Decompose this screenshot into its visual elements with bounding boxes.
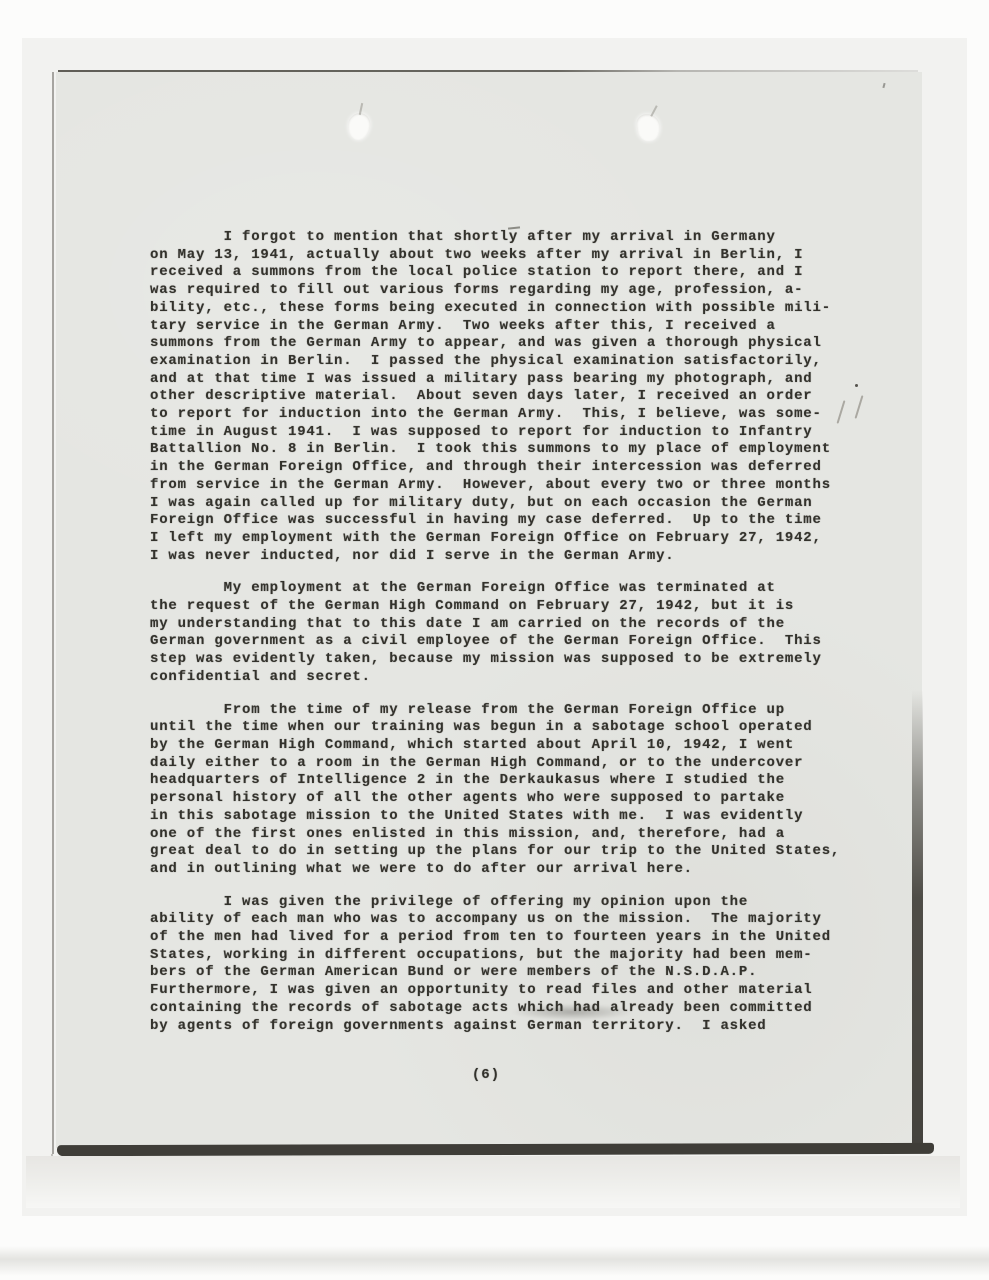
text-line: in the German Foreign Office, and throug… bbox=[150, 459, 856, 477]
text-line: containing the records of sabotage acts … bbox=[150, 1000, 856, 1018]
text-line: bers of the German American Bund or were… bbox=[150, 964, 856, 982]
scan-speck bbox=[882, 83, 885, 88]
page-edge-top bbox=[58, 70, 918, 72]
text-line: and in outlining what we were to do afte… bbox=[150, 861, 856, 879]
text-line: I left my employment with the German For… bbox=[150, 530, 856, 548]
hole-punch-right bbox=[636, 113, 662, 142]
scan-band-below-page bbox=[26, 1156, 960, 1208]
text-line: German government as a civil employee of… bbox=[150, 633, 856, 651]
paragraph: From the time of my release from the Ger… bbox=[150, 702, 856, 879]
text-line: My employment at the German Foreign Offi… bbox=[150, 580, 856, 598]
text-line: tary service in the German Army. Two wee… bbox=[150, 318, 856, 336]
text-line: from service in the German Army. However… bbox=[150, 477, 856, 495]
text-line: examination in Berlin. I passed the phys… bbox=[150, 353, 856, 371]
paragraph: I was given the privilege of offering my… bbox=[150, 894, 856, 1036]
hole-punch-left bbox=[346, 112, 371, 141]
page-edge-bottom-shadow bbox=[57, 1143, 934, 1156]
document-text: I forgot to mention that shortly after m… bbox=[150, 229, 856, 1035]
text-line: bility, etc., these forms being executed… bbox=[150, 300, 856, 318]
document-page: I forgot to mention that shortly after m… bbox=[56, 72, 922, 1148]
text-line: until the time when our training was beg… bbox=[150, 719, 856, 737]
text-line: Battallion No. 8 in Berlin. I took this … bbox=[150, 441, 856, 459]
text-line: was required to fill out various forms r… bbox=[150, 282, 856, 300]
text-line: and at that time I was issued a military… bbox=[150, 371, 856, 389]
text-line: daily either to a room in the German Hig… bbox=[150, 755, 856, 773]
page-edge-left bbox=[52, 72, 54, 1154]
text-line: step was evidently taken, because my mis… bbox=[150, 651, 856, 669]
text-line: Foreign Office was successful in having … bbox=[150, 512, 856, 530]
page-number: (6) bbox=[150, 1066, 822, 1084]
text-line: by the German High Command, which starte… bbox=[150, 737, 856, 755]
text-line: I was again called up for military duty,… bbox=[150, 495, 856, 513]
text-line: I forgot to mention that shortly after m… bbox=[150, 229, 856, 247]
text-line: time in August 1941. I was supposed to r… bbox=[150, 424, 856, 442]
text-line: received a summons from the local police… bbox=[150, 264, 856, 282]
text-line: the request of the German High Command o… bbox=[150, 598, 856, 616]
text-line: of the men had lived for a period from t… bbox=[150, 929, 856, 947]
text-line: States, working in different occupations… bbox=[150, 947, 856, 965]
text-line: in this sabotage mission to the United S… bbox=[150, 808, 856, 826]
scan-band-bottom bbox=[0, 1246, 989, 1276]
paragraph: I forgot to mention that shortly after m… bbox=[150, 229, 856, 565]
text-line: my understanding that to this date I am … bbox=[150, 616, 856, 634]
text-line: great deal to do in setting up the plans… bbox=[150, 843, 856, 861]
scanned-document: I forgot to mention that shortly after m… bbox=[0, 0, 989, 1280]
text-line: I was given the privilege of offering my… bbox=[150, 894, 856, 912]
text-line: summons from the German Army to appear, … bbox=[150, 335, 856, 353]
page-edge-right-shadow bbox=[912, 690, 923, 1152]
text-line: one of the first ones enlisted in this m… bbox=[150, 826, 856, 844]
text-line: personal history of all the other agents… bbox=[150, 790, 856, 808]
text-line: I was never inducted, nor did I serve in… bbox=[150, 548, 856, 566]
text-line: other descriptive material. About seven … bbox=[150, 388, 856, 406]
text-line: to report for induction into the German … bbox=[150, 406, 856, 424]
text-line: by agents of foreign governments against… bbox=[150, 1018, 856, 1036]
text-line: Furthermore, I was given an opportunity … bbox=[150, 982, 856, 1000]
text-line: on May 13, 1941, actually about two week… bbox=[150, 247, 856, 265]
text-line: confidential and secret. bbox=[150, 669, 856, 687]
text-line: ability of each man who was to accompany… bbox=[150, 911, 856, 929]
text-line: From the time of my release from the Ger… bbox=[150, 702, 856, 720]
paragraph: My employment at the German Foreign Offi… bbox=[150, 580, 856, 686]
text-line: headquarters of Intelligence 2 in the De… bbox=[150, 772, 856, 790]
